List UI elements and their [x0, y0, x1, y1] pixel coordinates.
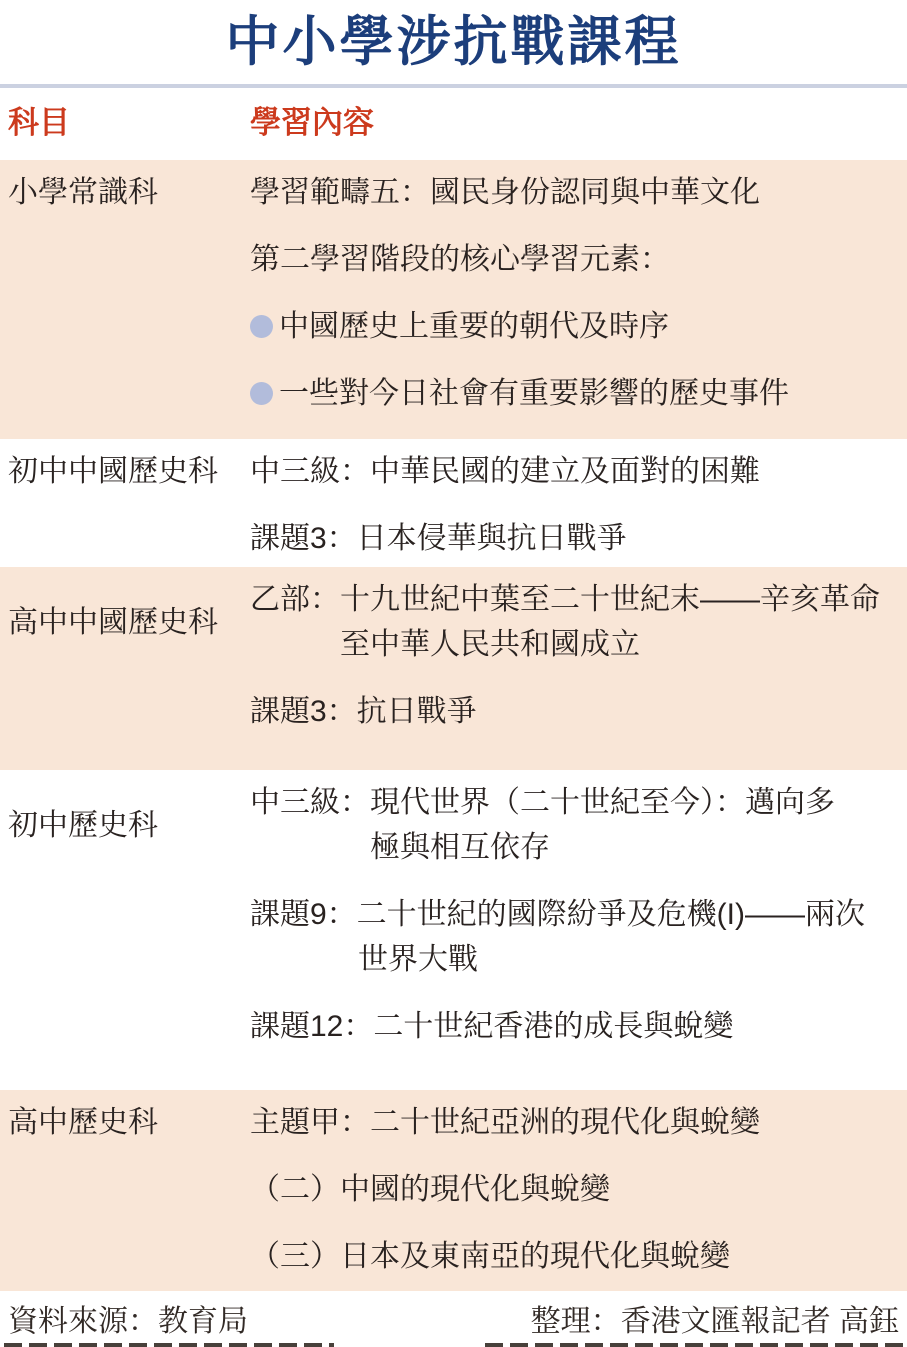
- subject-cell: 初中中國歷史科: [0, 449, 250, 561]
- clipped-text-edge: [0, 1342, 907, 1347]
- content-text: 中國歷史上重要的朝代及時序: [279, 304, 669, 349]
- footer-credit: 整理：香港文匯報記者 高鈺: [531, 1303, 899, 1341]
- table-row: 高中中國歷史科乙部：十九世紀中葉至二十世紀末——辛亥革命至中華人民共和國成立課題…: [0, 567, 907, 770]
- bullet-icon: [250, 382, 273, 405]
- content-text: 主題甲：二十世紀亞洲的現代化與蛻變: [250, 1100, 903, 1145]
- table-row: 高中歷史科主題甲：二十世紀亞洲的現代化與蛻變（二）中國的現代化與蛻變（三）日本及…: [0, 1090, 907, 1291]
- content-block: （三）日本及東南亞的現代化與蛻變: [250, 1234, 903, 1279]
- content-text: 課題3：日本侵華與抗日戰爭: [250, 516, 903, 561]
- content-text: 中三級：現代世界（二十世紀至今）：邁向多極與相互依存: [250, 780, 903, 870]
- content-block: 乙部：十九世紀中葉至二十世紀末——辛亥革命至中華人民共和國成立: [250, 577, 903, 667]
- table-body: 小學常識科學習範疇五：國民身份認同與中華文化第二學習階段的核心學習元素：中國歷史…: [0, 160, 907, 1291]
- content-block: 課題3：日本侵華與抗日戰爭: [250, 516, 903, 561]
- content-block: 課題9：二十世紀的國際紛爭及危機(I)——兩次世界大戰: [250, 892, 903, 982]
- subject-cell: 初中歷史科: [0, 780, 250, 1084]
- column-header-subject: 科目: [0, 105, 250, 141]
- subject-cell: 高中歷史科: [0, 1100, 250, 1285]
- content-block: （二）中國的現代化與蛻變: [250, 1167, 903, 1212]
- content-block: 課題3：抗日戰爭: [250, 689, 903, 734]
- content-block: 學習範疇五：國民身份認同與中華文化: [250, 170, 903, 215]
- content-cell: 乙部：十九世紀中葉至二十世紀末——辛亥革命至中華人民共和國成立課題3：抗日戰爭: [250, 577, 907, 764]
- column-header-content: 學習內容: [250, 105, 907, 141]
- subject-cell: 小學常識科: [0, 170, 250, 433]
- content-block: 課題12：二十世紀香港的成長與蛻變: [250, 1004, 903, 1049]
- content-text: 乙部：十九世紀中葉至二十世紀末——辛亥革命至中華人民共和國成立: [250, 577, 903, 667]
- table-row: 初中中國歷史科中三級：中華民國的建立及面對的困難課題3：日本侵華與抗日戰爭: [0, 439, 907, 567]
- bullet-item: 一些對今日社會有重要影響的歷史事件: [250, 371, 903, 416]
- content-text: （三）日本及東南亞的現代化與蛻變: [250, 1234, 903, 1279]
- table-row: 小學常識科學習範疇五：國民身份認同與中華文化第二學習階段的核心學習元素：中國歷史…: [0, 160, 907, 439]
- content-text: 第二學習階段的核心學習元素：: [250, 237, 903, 282]
- content-text: 課題3：抗日戰爭: [250, 689, 903, 734]
- footer-source: 資料來源：教育局: [8, 1303, 248, 1341]
- table-row: 初中歷史科中三級：現代世界（二十世紀至今）：邁向多極與相互依存課題9：二十世紀的…: [0, 770, 907, 1090]
- bullet-item: 中國歷史上重要的朝代及時序: [250, 304, 903, 349]
- content-cell: 學習範疇五：國民身份認同與中華文化第二學習階段的核心學習元素：中國歷史上重要的朝…: [250, 170, 907, 433]
- content-text: 學習範疇五：國民身份認同與中華文化: [250, 170, 903, 215]
- content-text: 課題12：二十世紀香港的成長與蛻變: [250, 1004, 903, 1049]
- content-block: 第二學習階段的核心學習元素：: [250, 237, 903, 282]
- content-block: 主題甲：二十世紀亞洲的現代化與蛻變: [250, 1100, 903, 1145]
- infographic-page: 中小學涉抗戰課程 科目 學習內容 小學常識科學習範疇五：國民身份認同與中華文化第…: [0, 0, 907, 1347]
- content-block: 中三級：現代世界（二十世紀至今）：邁向多極與相互依存: [250, 780, 903, 870]
- page-title: 中小學涉抗戰課程: [0, 0, 907, 72]
- table-header: 科目 學習內容: [0, 88, 907, 160]
- content-text: 課題9：二十世紀的國際紛爭及危機(I)——兩次世界大戰: [250, 892, 903, 982]
- content-block: 中三級：中華民國的建立及面對的困難: [250, 449, 903, 494]
- content-text: 一些對今日社會有重要影響的歷史事件: [279, 371, 789, 416]
- footer: 資料來源：教育局 整理：香港文匯報記者 高鈺: [0, 1291, 907, 1341]
- content-cell: 中三級：中華民國的建立及面對的困難課題3：日本侵華與抗日戰爭: [250, 449, 907, 561]
- content-text: （二）中國的現代化與蛻變: [250, 1167, 903, 1212]
- bullet-icon: [250, 315, 273, 338]
- content-cell: 主題甲：二十世紀亞洲的現代化與蛻變（二）中國的現代化與蛻變（三）日本及東南亞的現…: [250, 1100, 907, 1285]
- content-text: 中三級：中華民國的建立及面對的困難: [250, 449, 903, 494]
- subject-cell: 高中中國歷史科: [0, 577, 250, 764]
- content-cell: 中三級：現代世界（二十世紀至今）：邁向多極與相互依存課題9：二十世紀的國際紛爭及…: [250, 780, 907, 1084]
